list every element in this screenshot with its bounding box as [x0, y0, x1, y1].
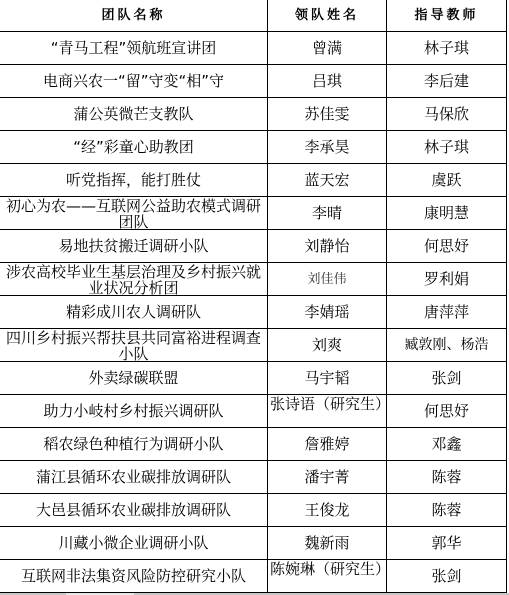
table-row: 电商兴农一“留”守变“相”守 吕琪 李后建 [0, 65, 507, 98]
teams-table: 团队名称 领队姓名 指导教师 “青马工程”领航班宣讲团 曾满 林子琪 电商兴农一… [0, 0, 507, 593]
table-row: 川藏小微企业调研小队 魏新雨 郭华 [0, 527, 507, 560]
team-name-cell: “经”彩童心助教团 [0, 131, 267, 163]
advisor-cell: 陈蓉 [386, 461, 507, 493]
advisor-cell: 郭华 [386, 527, 507, 559]
advisor-cell: 康明慧 [386, 197, 507, 229]
team-name-cell: 大邑县循环农业碳排放调研队 [0, 494, 267, 526]
leader-cell: 刘爽 [267, 329, 386, 361]
table-row: 涉农高校毕业生基层治理及乡村振兴就业状况分析团 刘佳伟 罗利娟 [0, 263, 507, 296]
team-name-cell: “青马工程”领航班宣讲团 [0, 32, 267, 64]
team-name-cell: 互联网非法集资风险防控研究小队 [0, 560, 267, 592]
leader-cell: 刘静怡 [267, 230, 386, 262]
advisor-cell: 何思妤 [386, 395, 507, 427]
header-leader-name: 领队姓名 [267, 0, 386, 31]
team-name-cell: 蒲公英微芒支教队 [0, 98, 267, 130]
advisor-cell: 林子琪 [386, 32, 507, 64]
team-name-cell: 助力小岐村乡村振兴调研队 [0, 395, 267, 427]
table-row: 蒲江县循环农业碳排放调研队 潘宇菁 陈蓉 [0, 461, 507, 494]
leader-cell: 魏新雨 [267, 527, 386, 559]
leader-cell: 李承昊 [267, 131, 386, 163]
table-row: 易地扶贫搬迁调研小队 刘静怡 何思妤 [0, 230, 507, 263]
leader-cell: 王俊龙 [267, 494, 386, 526]
table-row: 大邑县循环农业碳排放调研队 王俊龙 陈蓉 [0, 494, 507, 527]
advisor-cell: 张剑 [386, 362, 507, 394]
team-name-cell: 初心为农——互联网公益助农模式调研团队 [0, 197, 267, 229]
table-row: 四川乡村振兴帮扶县共同富裕进程调查小队 刘爽 臧敦刚、杨浩 [0, 329, 507, 362]
table-row: 稻农绿色种植行为调研小队 詹雅婷 邓鑫 [0, 428, 507, 461]
advisor-cell: 马保欣 [386, 98, 507, 130]
leader-cell: 张诗语（研究生） [267, 395, 386, 427]
table-row: 外卖绿碳联盟 马宇韬 张剑 [0, 362, 507, 395]
leader-cell: 刘佳伟 [267, 263, 386, 295]
table-row: 精彩成川农人调研队 李婧瑶 唐萍萍 [0, 296, 507, 329]
advisor-cell: 虞跃 [386, 164, 507, 196]
leader-cell: 曾满 [267, 32, 386, 64]
leader-cell: 潘宇菁 [267, 461, 386, 493]
table-row: “经”彩童心助教团 李承昊 林子琪 [0, 131, 507, 164]
leader-cell: 苏佳雯 [267, 98, 386, 130]
advisor-cell: 臧敦刚、杨浩 [386, 329, 507, 361]
advisor-cell: 邓鑫 [386, 428, 507, 460]
leader-cell: 詹雅婷 [267, 428, 386, 460]
team-name-cell: 电商兴农一“留”守变“相”守 [0, 65, 267, 97]
advisor-cell: 陈蓉 [386, 494, 507, 526]
team-name-cell: 四川乡村振兴帮扶县共同富裕进程调查小队 [0, 329, 267, 361]
team-name-cell: 川藏小微企业调研小队 [0, 527, 267, 559]
table-row: 初心为农——互联网公益助农模式调研团队 李晴 康明慧 [0, 197, 507, 230]
table-row: 听党指挥，能打胜仗 蓝天宏 虞跃 [0, 164, 507, 197]
table-row: 互联网非法集资风险防控研究小队 陈婉琳（研究生） 张剑 [0, 560, 507, 593]
table-row: 助力小岐村乡村振兴调研队 张诗语（研究生） 何思妤 [0, 395, 507, 428]
advisor-cell: 罗利娟 [386, 263, 507, 295]
team-name-cell: 外卖绿碳联盟 [0, 362, 267, 394]
team-name-cell: 涉农高校毕业生基层治理及乡村振兴就业状况分析团 [0, 263, 267, 295]
leader-cell: 吕琪 [267, 65, 386, 97]
header-team-name: 团队名称 [0, 0, 267, 31]
team-name-cell: 蒲江县循环农业碳排放调研队 [0, 461, 267, 493]
advisor-cell: 唐萍萍 [386, 296, 507, 328]
advisor-cell: 林子琪 [386, 131, 507, 163]
team-name-cell: 稻农绿色种植行为调研小队 [0, 428, 267, 460]
table-row: 蒲公英微芒支教队 苏佳雯 马保欣 [0, 98, 507, 131]
header-advisor: 指导教师 [386, 0, 507, 31]
table-header-row: 团队名称 领队姓名 指导教师 [0, 0, 507, 32]
leader-cell: 李婧瑶 [267, 296, 386, 328]
advisor-cell: 李后建 [386, 65, 507, 97]
table-row: “青马工程”领航班宣讲团 曾满 林子琪 [0, 32, 507, 65]
advisor-cell: 张剑 [386, 560, 507, 592]
advisor-cell: 何思妤 [386, 230, 507, 262]
leader-cell: 马宇韬 [267, 362, 386, 394]
team-name-cell: 精彩成川农人调研队 [0, 296, 267, 328]
team-name-cell: 听党指挥，能打胜仗 [0, 164, 267, 196]
leader-cell: 蓝天宏 [267, 164, 386, 196]
leader-cell: 李晴 [267, 197, 386, 229]
leader-cell: 陈婉琳（研究生） [267, 560, 386, 592]
team-name-cell: 易地扶贫搬迁调研小队 [0, 230, 267, 262]
